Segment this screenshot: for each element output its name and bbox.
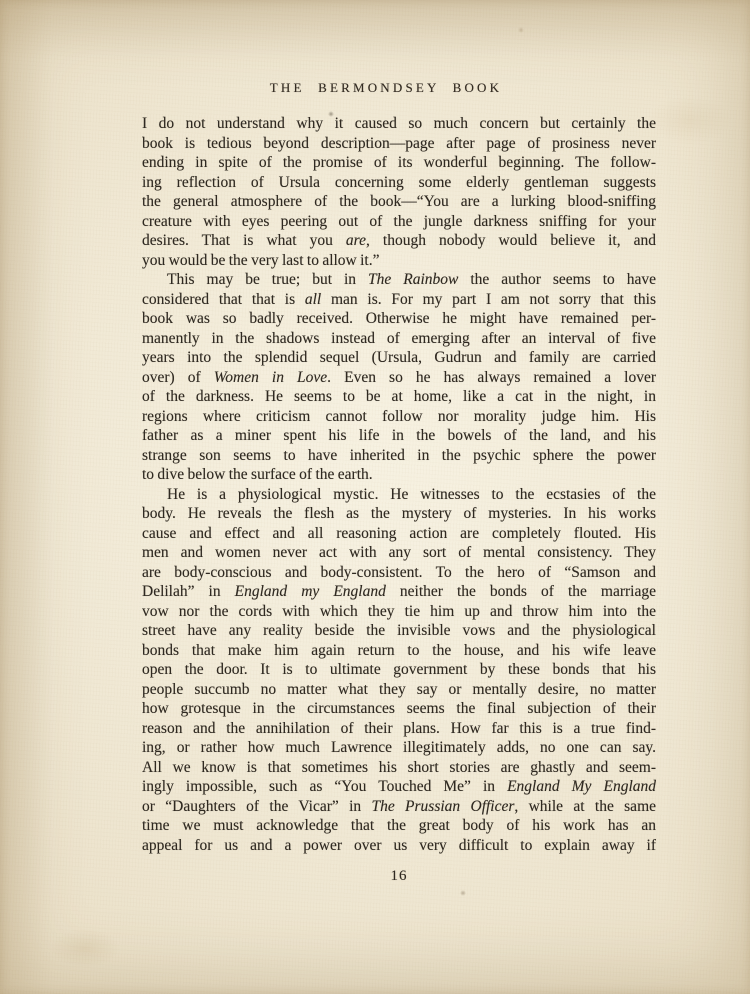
text-line: over) of Women in Love. Even so he has a… [142, 368, 656, 388]
text-line: bonds that make him again return to the … [142, 641, 656, 661]
page-number: 16 [142, 868, 656, 885]
text-line: you would be the very last to allow it.” [142, 251, 656, 271]
text-line: book is tedious beyond description—page … [142, 134, 656, 154]
text-line: He is a physiological mystic. He witness… [142, 485, 656, 505]
text-line: cause and effect and all reasoning actio… [142, 524, 656, 544]
text-line: or “Daughters of the Vicar” in The Pruss… [142, 797, 656, 817]
text-line: ing reflection of Ursula concerning some… [142, 173, 656, 193]
text-line: creature with eyes peering out of the ju… [142, 212, 656, 232]
text-line: considered that that is all man is. For … [142, 290, 656, 310]
page-text: I do not understand why it caused so muc… [142, 114, 656, 855]
book-page: THE BERMONDSEY BOOK I do not understand … [0, 0, 750, 994]
text-line: of the darkness. He seems to be at home,… [142, 387, 656, 407]
text-line: desires. That is what you are, though no… [142, 231, 656, 251]
text-line: Delilah” in England my England neither t… [142, 582, 656, 602]
text-line: men and women never act with any sort of… [142, 543, 656, 563]
text-line: appeal for us and a power over us very d… [142, 836, 656, 856]
text-line: ending in spite of the promise of its wo… [142, 153, 656, 173]
text-line: All we know is that sometimes his short … [142, 758, 656, 778]
text-line: vow nor the cords with which they tie hi… [142, 602, 656, 622]
text-line: manently in the shadows instead of emerg… [142, 329, 656, 349]
text-line: I do not understand why it caused so muc… [142, 114, 656, 134]
text-line: open the door. It is to ultimate governm… [142, 660, 656, 680]
text-line: to dive below the surface of the earth. [142, 465, 656, 485]
text-line: people succumb no matter what they say o… [142, 680, 656, 700]
text-line: ing, or rather how much Lawrence illegit… [142, 738, 656, 758]
text-line: street have any reality beside the invis… [142, 621, 656, 641]
text-line: ingly impossible, such as “You Touched M… [142, 777, 656, 797]
text-line: time we must acknowledge that the great … [142, 816, 656, 836]
text-line: book was so badly received. Otherwise he… [142, 309, 656, 329]
text-line: how grotesque in the circumstances seems… [142, 699, 656, 719]
running-header: THE BERMONDSEY BOOK [130, 80, 642, 96]
text-line: reason and the annihilation of their pla… [142, 719, 656, 739]
text-line: body. He reveals the flesh as the myster… [142, 504, 656, 524]
text-line: strange son seems to have inherited in t… [142, 446, 656, 466]
text-line: years into the splendid sequel (Ursula, … [142, 348, 656, 368]
text-line: the general atmosphere of the book—“You … [142, 192, 656, 212]
text-line: father as a miner spent his life in the … [142, 426, 656, 446]
text-line: regions where criticism cannot follow no… [142, 407, 656, 427]
text-line: This may be true; but in The Rainbow the… [142, 270, 656, 290]
text-line: are body-conscious and body-consistent. … [142, 563, 656, 583]
